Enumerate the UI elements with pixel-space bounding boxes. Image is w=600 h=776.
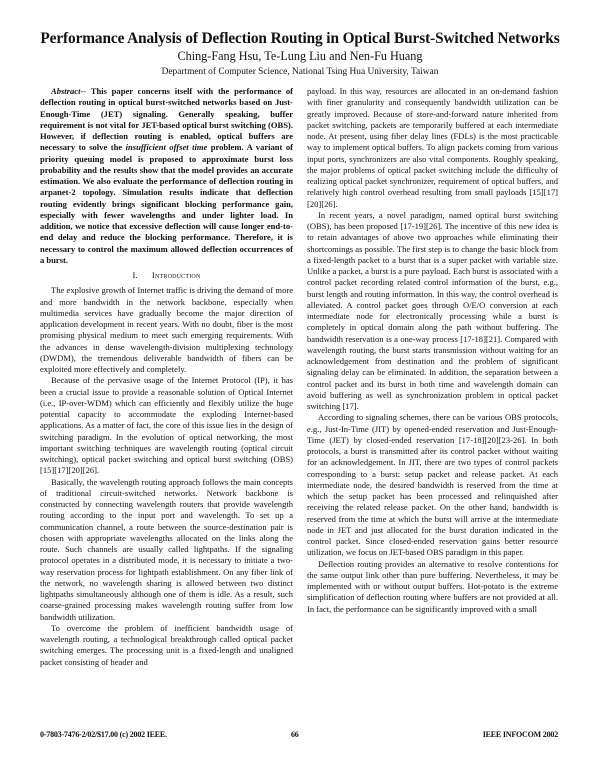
abstract-label: Abstract-- <box>51 86 86 96</box>
section-heading-introduction: I.Introduction <box>40 270 293 281</box>
footer-venue: IEEE INFOCOM 2002 <box>483 730 558 739</box>
body-paragraph: Basically, the wavelength routing approa… <box>40 477 293 623</box>
paper-authors: Ching-Fang Hsu, Te-Lung Liu and Nen-Fu H… <box>0 49 600 64</box>
body-paragraph: The explosive growth of Internet traffic… <box>40 285 293 375</box>
paper-title: Performance Analysis of Deflection Routi… <box>0 30 600 48</box>
abstract-emphasis: insufficient offset time <box>126 142 208 152</box>
abstract: Abstract-- This paper concerns itself wi… <box>40 86 293 266</box>
abstract-text-part-2: problem. A variant of priority queuing m… <box>40 142 293 265</box>
body-paragraph: In recent years, a novel paradigm, named… <box>307 210 558 413</box>
right-column: payload. In this way, resources are allo… <box>307 86 558 615</box>
paper-affiliation: Department of Computer Science, National… <box>0 66 600 78</box>
body-paragraph: Because of the pervasive usage of the In… <box>40 375 293 476</box>
body-paragraph: Deflection routing provides an alternati… <box>307 559 558 615</box>
section-title: Introduction <box>152 270 201 280</box>
footer-copyright: 0-7803-7476-2/02/$17.00 (c) 2002 IEEE. <box>40 730 167 739</box>
body-paragraph-continued: payload. In this way, resources are allo… <box>307 86 558 210</box>
left-column: Abstract-- This paper concerns itself wi… <box>40 86 293 668</box>
body-paragraph: According to signaling schemes, there ca… <box>307 412 558 558</box>
body-paragraph: To overcome the problem of inefficient b… <box>40 623 293 668</box>
footer-page-number: 66 <box>291 730 299 739</box>
section-number: I. <box>132 270 137 280</box>
